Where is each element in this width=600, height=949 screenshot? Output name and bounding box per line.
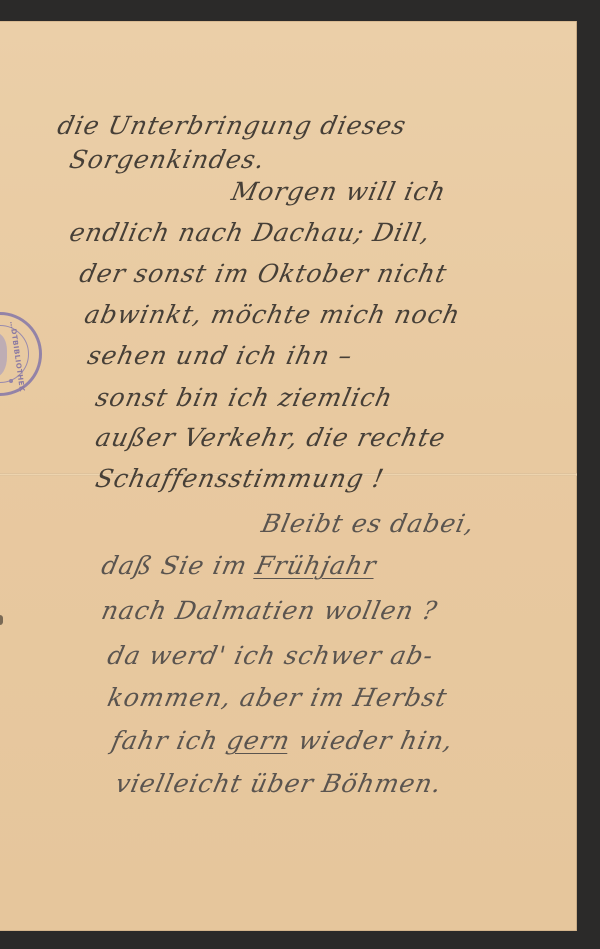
letter-line-15: kommen, aber im Herbst: [105, 683, 450, 712]
underlined-word-gern: gern: [224, 726, 293, 755]
letter-line-7: sehen und ich ihn –: [85, 341, 356, 370]
letter-line-9: außer Verkehr, die rechte: [93, 423, 449, 452]
letter-line-16: fahr ich gern wieder hin,: [109, 726, 456, 755]
letter-line-13: nach Dalmatien wollen ?: [99, 596, 440, 625]
stamp-dot: [9, 379, 13, 383]
letter-line-17: vielleicht über Böhmen.: [113, 769, 445, 798]
line-16-text-after: wieder hin,: [287, 726, 456, 755]
letter-line-12: daß Sie im Frühjahr: [99, 551, 379, 580]
margin-ink-mark: [0, 615, 3, 625]
line-16-text-before: fahr ich: [109, 726, 230, 755]
library-stamp-icon: …DTBIBLIOTHEK: [0, 312, 42, 396]
letter-line-14: da werd' ich schwer ab-: [105, 641, 436, 670]
letter-line-1: die Unterbringung dieses: [55, 111, 409, 140]
letter-line-10: Schaffensstimmung !: [93, 464, 387, 493]
letter-line-6: abwinkt, möchte mich noch: [82, 300, 463, 329]
letter-page: …DTBIBLIOTHEK die Unterbringung dieses S…: [0, 21, 577, 931]
underlined-word-fruehjahr: Frühjahr: [253, 551, 379, 580]
line-12-text: daß Sie im: [99, 551, 259, 580]
letter-line-4: endlich nach Dachau; Dill,: [67, 218, 434, 247]
letter-line-5: der sonst im Oktober nicht: [77, 259, 450, 288]
letter-line-2: Sorgenkindes.: [67, 145, 268, 174]
letter-line-11: Bleibt es dabei,: [259, 509, 478, 538]
letter-line-3: Morgen will ich: [229, 177, 449, 206]
letter-line-8: sonst bin ich ziemlich: [93, 383, 396, 412]
